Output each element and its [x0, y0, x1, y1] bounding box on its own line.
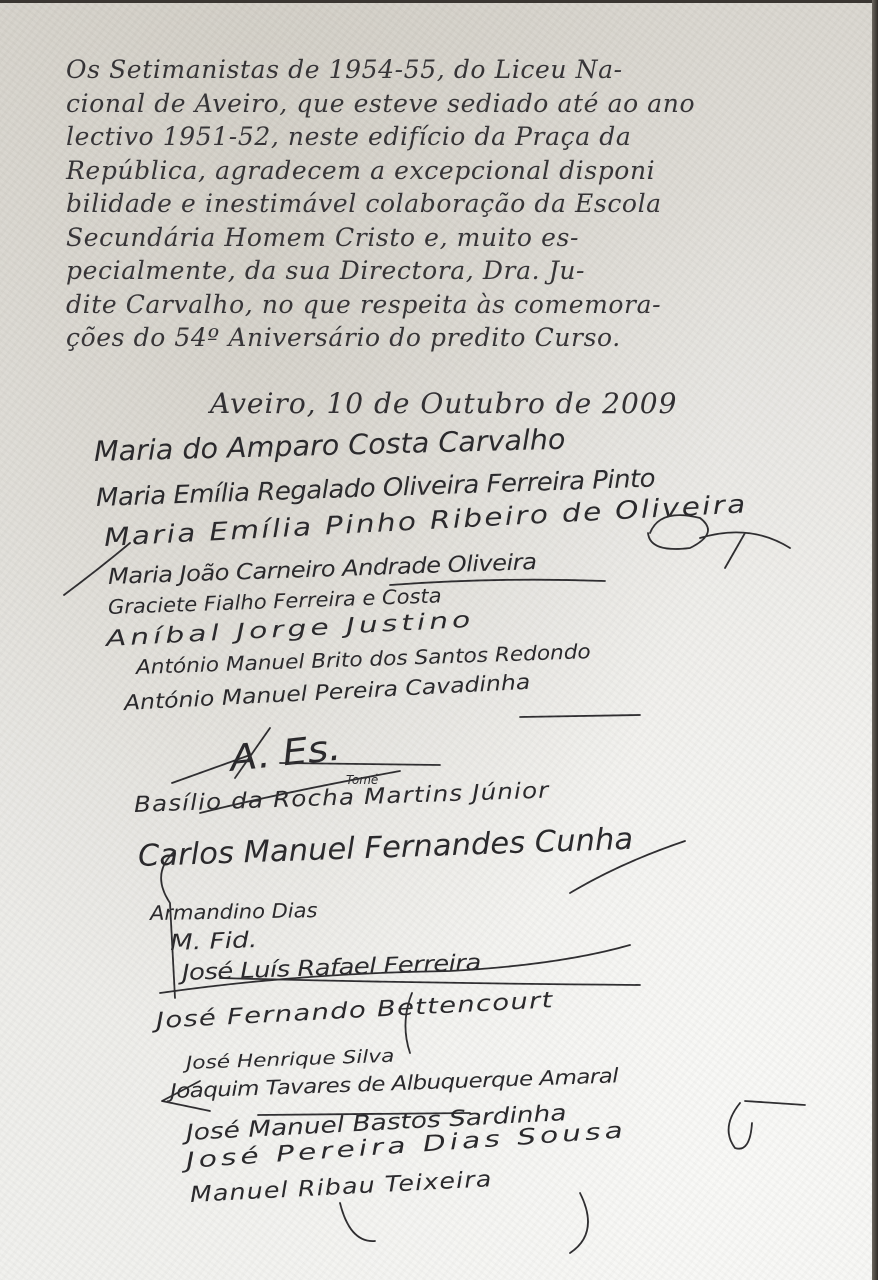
signature: A. Es.	[228, 727, 343, 779]
frame-edge-right	[872, 0, 878, 1280]
signature: M. Fid.	[170, 928, 258, 956]
signature: Carlos Manuel Fernandes Cunha	[137, 822, 633, 874]
paper-sheet: Os Setimanistas de 1954-55, do Liceu Na-…	[0, 3, 872, 1280]
signature: Maria João Carneiro Andrade Oliveira	[108, 550, 537, 590]
signature: Basílio da Rocha Martins Júnior	[134, 778, 550, 817]
signature: José Henrique Silva	[186, 1046, 395, 1074]
signature-list: Maria do Amparo Costa Carvalho Maria Emí…	[0, 3, 878, 1280]
signature: Maria do Amparo Costa Carvalho	[94, 423, 566, 468]
signature: José Fernando Bettencourt	[155, 988, 554, 1034]
signature: José Luís Rafael Ferreira	[182, 951, 482, 986]
signature: Manuel Ribau Teixeira	[189, 1167, 493, 1208]
signature: Armandino Dias	[150, 898, 318, 925]
